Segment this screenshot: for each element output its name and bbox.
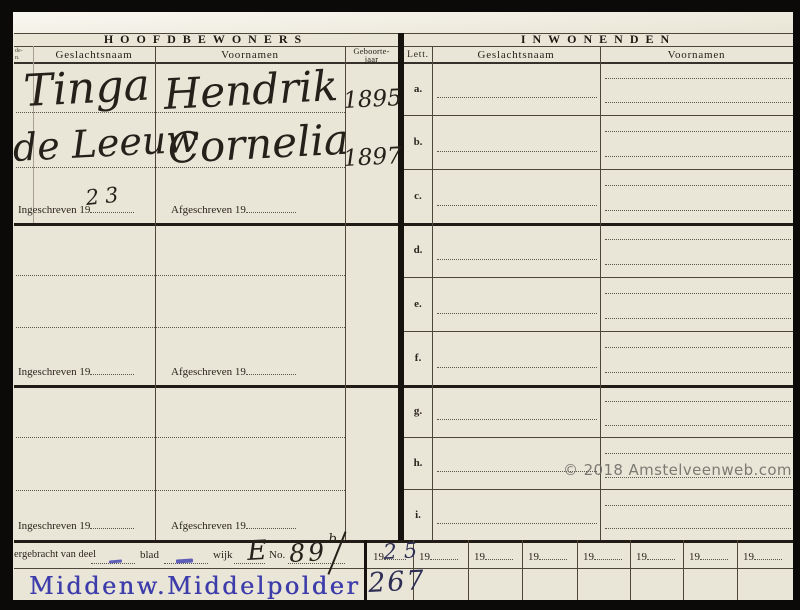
bottom-cell-line <box>468 540 469 600</box>
year-cell-8: 19 <box>743 549 782 563</box>
register-page: HOOFDBEWONERS INWONENDEN de- n. Geslacht… <box>13 12 793 600</box>
col-header-letter: Lett. <box>404 50 432 60</box>
writing-line <box>16 437 345 438</box>
entry-firstnames-2: Cornelia <box>166 115 350 173</box>
registered-label-2: Ingeschreven 19 <box>18 364 134 378</box>
writing-line <box>437 151 597 152</box>
writing-line <box>16 275 345 276</box>
writing-line <box>605 102 791 103</box>
writing-line <box>605 453 791 454</box>
writing-line <box>437 419 597 420</box>
entry-birthyear-2: 1897 <box>343 143 403 172</box>
row-line-de <box>404 277 793 278</box>
col-header-surname-right: Geslachtsnaam <box>432 49 600 61</box>
row-letter-d: d. <box>404 223 432 277</box>
bottom-cell-line <box>630 540 631 600</box>
row-letter-i: i. <box>404 489 432 540</box>
year-cell-4: 19 <box>528 549 567 563</box>
writing-line <box>605 293 791 294</box>
margin-note: de- n. <box>15 48 32 62</box>
writing-line <box>605 78 791 79</box>
writing-line <box>605 318 791 319</box>
row-letter-b: b. <box>404 115 432 169</box>
writing-line <box>437 367 597 368</box>
writing-line <box>605 528 791 529</box>
transfer-dots-blad <box>164 563 208 564</box>
year-cell-6: 19 <box>636 549 675 563</box>
entry-birthyear-1: 1895 <box>343 85 403 114</box>
deregistered-label-2: Afgeschreven 19 <box>171 364 296 378</box>
deregistered-label-1: Afgeschreven 19 <box>171 202 296 216</box>
writing-line <box>16 490 345 491</box>
year-cell-7: 19 <box>689 549 728 563</box>
bottom-cell-line <box>522 540 523 600</box>
transfer-prefix: ergebracht van deel <box>14 549 96 560</box>
writing-line <box>605 425 791 426</box>
no-value-handwritten: 89 <box>288 537 327 568</box>
section-title-hoofdbewoners: HOOFDBEWONERS <box>14 33 398 46</box>
writing-line <box>16 327 345 328</box>
row-letter-g: g. <box>404 385 432 437</box>
row-letter-f: f. <box>404 331 432 385</box>
writing-line <box>605 347 791 348</box>
row-letter-h: h. <box>404 437 432 489</box>
entry-firstnames-1: Hendrik <box>162 61 339 119</box>
writing-line <box>437 523 597 524</box>
writing-line <box>605 372 791 373</box>
section-title-inwonenden: INWONENDEN <box>404 33 793 46</box>
row-letter-e: e. <box>404 277 432 331</box>
row-line-ef <box>404 331 793 332</box>
row-line-ab <box>404 115 793 116</box>
writing-line <box>437 205 597 206</box>
stamp-middenw-middelpolder: Middenw.Middelpolder <box>29 572 360 600</box>
registered-label-1: Ingeschreven 19 <box>18 202 134 216</box>
writing-line <box>605 210 791 211</box>
title-underline-right <box>404 46 793 47</box>
bottom-cell-line <box>577 540 578 600</box>
writing-line <box>605 264 791 265</box>
entry-surname-1: Tinga <box>22 59 151 117</box>
writing-line <box>605 185 791 186</box>
no-suffix-handwritten: b <box>328 532 337 547</box>
writing-line <box>605 131 791 132</box>
writing-line <box>605 239 791 240</box>
year-cell-5: 19 <box>583 549 622 563</box>
col-header-firstnames-right: Voornamen <box>600 49 793 61</box>
writing-line <box>437 97 597 98</box>
row-line-hi <box>404 489 793 490</box>
year-cell-3: 19 <box>474 549 513 563</box>
wijk-value-handwritten: E <box>246 535 267 567</box>
writing-line <box>16 167 345 168</box>
title-underline-left <box>14 46 398 47</box>
wijk-label: wijk <box>213 549 233 561</box>
header-underline-right <box>404 62 793 64</box>
scanned-register-card: HOOFDBEWONERS INWONENDEN de- n. Geslacht… <box>0 0 800 610</box>
writing-line <box>605 505 791 506</box>
right-col-line-1 <box>432 46 433 540</box>
folio-number-handwritten: 267 <box>367 565 426 599</box>
writing-line <box>16 112 345 113</box>
row-letter-c: c. <box>404 169 432 223</box>
blad-label: blad <box>140 549 159 561</box>
row-line-gh <box>404 437 793 438</box>
writing-line <box>605 401 791 402</box>
no-label: No. <box>269 549 285 561</box>
registered-label-3: Ingeschreven 19 <box>18 518 134 532</box>
col-header-birthyear: Geboorte- jaar <box>345 47 398 64</box>
row-letter-a: a. <box>404 62 432 115</box>
bottom-cell-line <box>683 540 684 600</box>
margin-note-line1: de- <box>15 48 23 54</box>
writing-line <box>605 156 791 157</box>
copyright-watermark: © 2018 Amstelveenweb.com <box>563 461 792 479</box>
bottom-cell-line <box>737 540 738 600</box>
writing-line <box>437 313 597 314</box>
first-year-handwritten: 25 <box>383 538 425 564</box>
margin-note-line2: n. <box>15 55 20 61</box>
writing-line <box>437 259 597 260</box>
row-line-bc <box>404 169 793 170</box>
col-header-firstnames-left: Voornamen <box>155 49 345 61</box>
deregistered-label-3: Afgeschreven 19 <box>171 518 296 532</box>
